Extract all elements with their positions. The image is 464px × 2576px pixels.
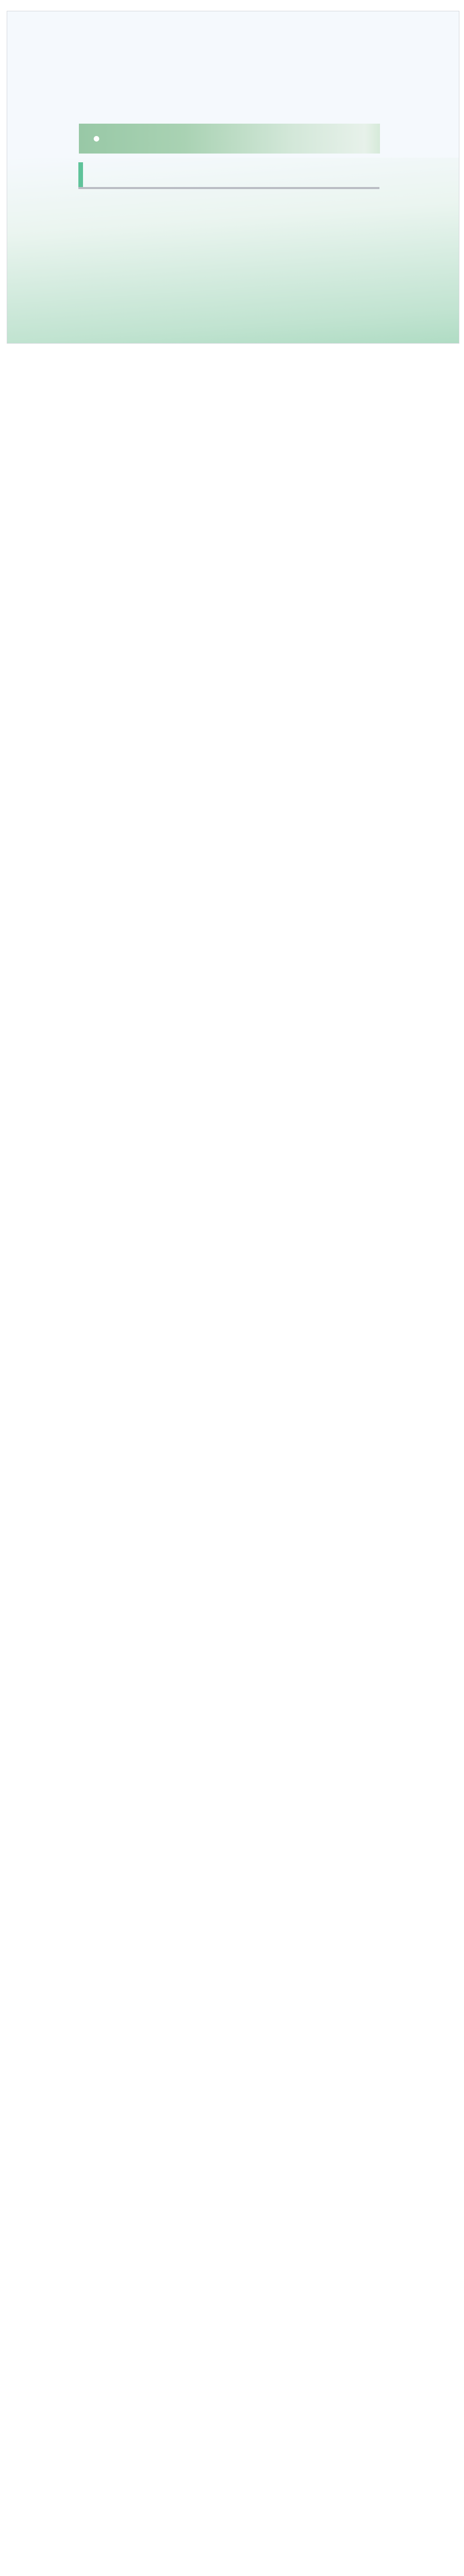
section-title — [78, 162, 379, 189]
book-page-138-content — [7, 18, 459, 662]
section-bar-icon — [78, 162, 83, 187]
